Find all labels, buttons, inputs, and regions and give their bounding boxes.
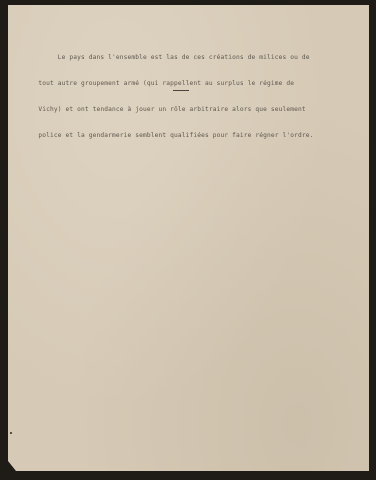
section-separator-rule <box>173 90 189 91</box>
typewritten-paragraph: Le pays dans l'ensemble est las de ces c… <box>19 37 376 157</box>
scanned-page-viewer: Le pays dans l'ensemble est las de ces c… <box>0 0 376 480</box>
paper-sheet: Le pays dans l'ensemble est las de ces c… <box>8 5 369 471</box>
paragraph-line-3: Vichy) et ont tendance à jouer un rôle a… <box>19 106 376 115</box>
ink-speck <box>10 432 12 434</box>
paragraph-line-4: police et la gendarmerie semblent qualif… <box>19 132 376 141</box>
paragraph-line-2: tout autre groupement armé (qui rappelle… <box>19 80 376 89</box>
paragraph-line-1: Le pays dans l'ensemble est las de ces c… <box>19 54 376 63</box>
